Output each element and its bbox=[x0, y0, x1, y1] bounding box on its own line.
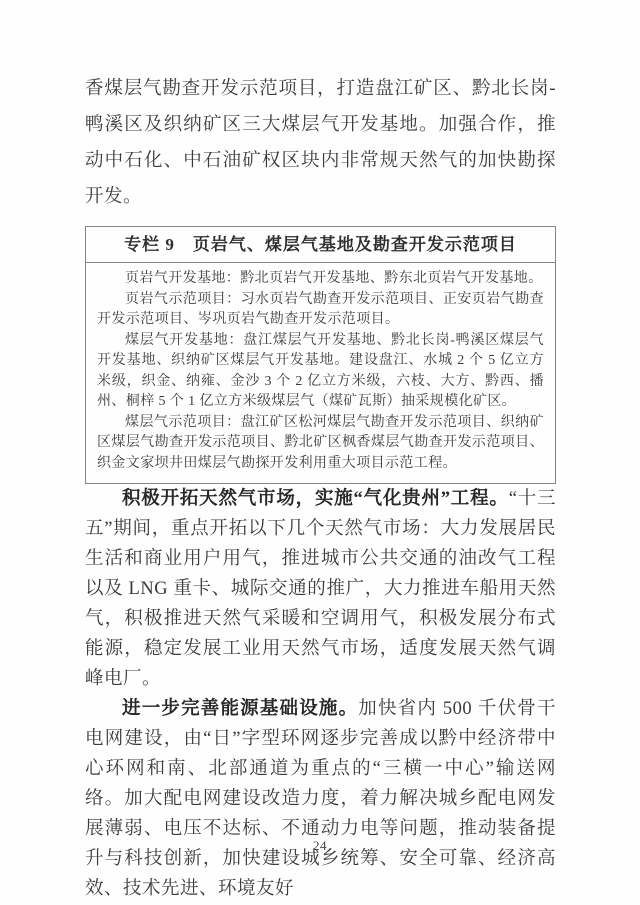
paragraph-infrastructure-rest: 加快省内 500 千伏骨干电网建设，由“日”字型环网逐步完善成以黔中经济带中心环… bbox=[85, 699, 556, 899]
paragraph-gas-market: 积极开拓天然气市场，实施“气化贵州”工程。“十三五”期间，重点开拓以下几个天然气… bbox=[85, 484, 556, 694]
box-paragraph-shale-gas-bases: 页岩气开发基地：黔北页岩气开发基地、黔东北页岩气开发基地。 bbox=[97, 269, 544, 290]
page-number: 24 bbox=[0, 838, 640, 854]
page-content: 香煤层气勘查开发示范项目，打造盘江矿区、黔北长岗-鸭溪区及织纳矿区三大煤层气开发… bbox=[85, 71, 556, 904]
paragraph-gas-market-lead: 积极开拓天然气市场，实施“气化贵州”工程。 bbox=[122, 489, 509, 509]
box-paragraph-cbm-bases: 煤层气开发基地：盘江煤层气开发基地、黔北长岗-鸭溪区煤层气开发基地、织纳矿区煤层… bbox=[97, 331, 544, 413]
paragraph-gas-market-rest: “十三五”期间，重点开拓以下几个天然气市场：大力发展居民生活和商业用户用气，推进… bbox=[85, 489, 556, 689]
document-page: 香煤层气勘查开发示范项目，打造盘江矿区、黔北长岗-鸭溪区及织纳矿区三大煤层气开发… bbox=[0, 0, 640, 905]
paragraph-continuation: 香煤层气勘查开发示范项目，打造盘江矿区、黔北长岗-鸭溪区及织纳矿区三大煤层气开发… bbox=[85, 71, 556, 215]
paragraph-infrastructure: 进一步完善能源基础设施。加快省内 500 千伏骨干电网建设，由“日”字型环网逐步… bbox=[85, 694, 556, 904]
box-title: 专栏 9 页岩气、煤层气基地及勘查开发示范项目 bbox=[86, 227, 555, 263]
box-paragraph-shale-gas-demo-projects: 页岩气示范项目：习水页岩气勘查开发示范项目、正安页岩气勘查开发示范项目、岑巩页岩… bbox=[97, 290, 544, 331]
column-9-box: 专栏 9 页岩气、煤层气基地及勘查开发示范项目 页岩气开发基地：黔北页岩气开发基… bbox=[85, 226, 556, 484]
paragraph-infrastructure-lead: 进一步完善能源基础设施。 bbox=[122, 699, 358, 719]
box-paragraph-cbm-demo-projects: 煤层气示范项目：盘江矿区松河煤层气勘查开发示范项目、织纳矿区煤层气勘查开发示范项… bbox=[97, 413, 544, 475]
box-body: 页岩气开发基地：黔北页岩气开发基地、黔东北页岩气开发基地。 页岩气示范项目：习水… bbox=[86, 263, 555, 483]
